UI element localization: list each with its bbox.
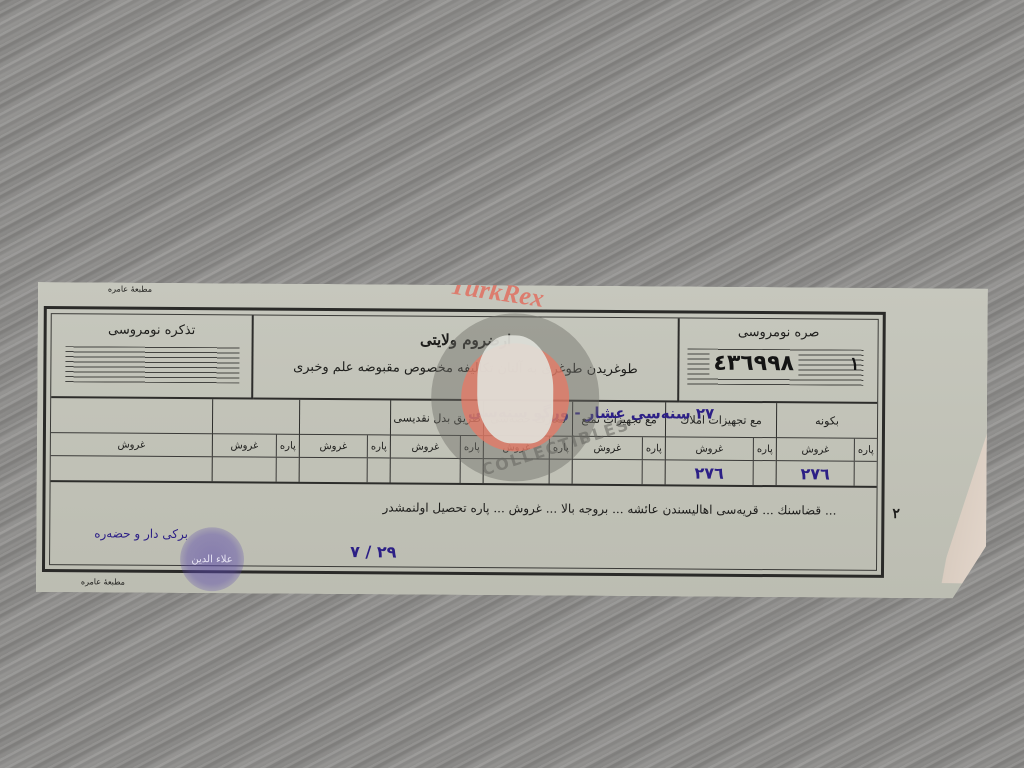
- value-para: [276, 458, 299, 482]
- dinosaur-head-icon: [477, 335, 554, 444]
- serial-mark: ١: [850, 354, 860, 375]
- unit-kurus: غروش: [51, 433, 212, 456]
- row-number: ٢: [892, 506, 900, 522]
- official-seal: علاء الدين: [180, 527, 244, 591]
- unit-para: پاره: [367, 435, 390, 457]
- value-kurus: [51, 456, 212, 481]
- unit-kurus: غروش: [300, 435, 367, 457]
- column-header: [213, 399, 299, 435]
- unit-kurus: غروش: [777, 438, 854, 461]
- unit-row: غروش: [51, 433, 212, 457]
- unit-row: پاره غروش: [300, 435, 390, 459]
- printer-mark-bottom: مطبعهٔ عامره: [81, 577, 125, 586]
- ticket-number-box: تذكره نومروسی: [51, 314, 254, 399]
- unit-para: پاره: [642, 437, 665, 459]
- unit-row: پاره غروش: [777, 438, 877, 462]
- value-row: ٢٧٦: [777, 461, 877, 486]
- value-row: [213, 457, 299, 482]
- value-row: [51, 456, 212, 481]
- watermark-brand: TurkRex: [448, 270, 546, 313]
- table-column: غروش: [51, 398, 213, 481]
- seal-text: علاء الدين: [191, 554, 232, 565]
- unit-row: پاره غروش: [213, 434, 299, 458]
- value-row: ٢٧٦: [666, 460, 776, 485]
- value-kurus: ٢٧٦: [666, 460, 753, 485]
- value-para: [367, 458, 390, 482]
- value-para: [753, 461, 776, 485]
- unit-row: پاره غروش: [666, 437, 776, 461]
- handwritten-date: ٢٩ / ٧: [350, 542, 396, 561]
- receipt-paper: مطبعهٔ عامره تذكره نومروسی ارضروم ولايتی…: [36, 282, 988, 599]
- value-kurus: [300, 458, 367, 482]
- watermark-logo: TurkRex COLLECTIBLES: [419, 277, 620, 478]
- value-kurus: [213, 457, 276, 481]
- column-header: [300, 400, 390, 436]
- serial-number: ٤٣٦٩٩٨: [709, 351, 798, 377]
- table-column: پاره غروش: [212, 399, 300, 482]
- unit-kurus: غروش: [213, 434, 276, 456]
- receipt-body-line-2: بركى دار و حضه‌ره: [94, 526, 188, 541]
- ticket-number-ruled-lines: [65, 346, 239, 383]
- serial-number-label: صره نومروسی: [680, 324, 878, 340]
- receipt-body-line-1: ... قضاسنك ... قريه‌سی اهاليسندن عائشه .…: [74, 494, 836, 521]
- serial-number-box: صره نومروسی ٤٣٦٩٩٨ ١: [679, 318, 878, 403]
- unit-kurus: غروش: [666, 437, 753, 460]
- unit-para: پاره: [854, 439, 877, 461]
- value-kurus: ٢٧٦: [777, 461, 854, 486]
- value-para: [854, 462, 877, 486]
- ticket-number-label: تذكره نومروسی: [52, 322, 252, 338]
- unit-para: پاره: [276, 435, 299, 457]
- value-para: [642, 460, 665, 484]
- value-row: [300, 458, 390, 483]
- folded-corner: [938, 433, 987, 583]
- printer-mark-top: مطبعهٔ عامره: [108, 284, 152, 293]
- column-header: [51, 398, 212, 434]
- column-header: بكونه: [777, 403, 877, 439]
- unit-para: پاره: [753, 438, 776, 460]
- table-column: پاره غروش: [299, 400, 391, 483]
- table-column: بكونه پاره غروش ٢٧٦: [776, 403, 878, 486]
